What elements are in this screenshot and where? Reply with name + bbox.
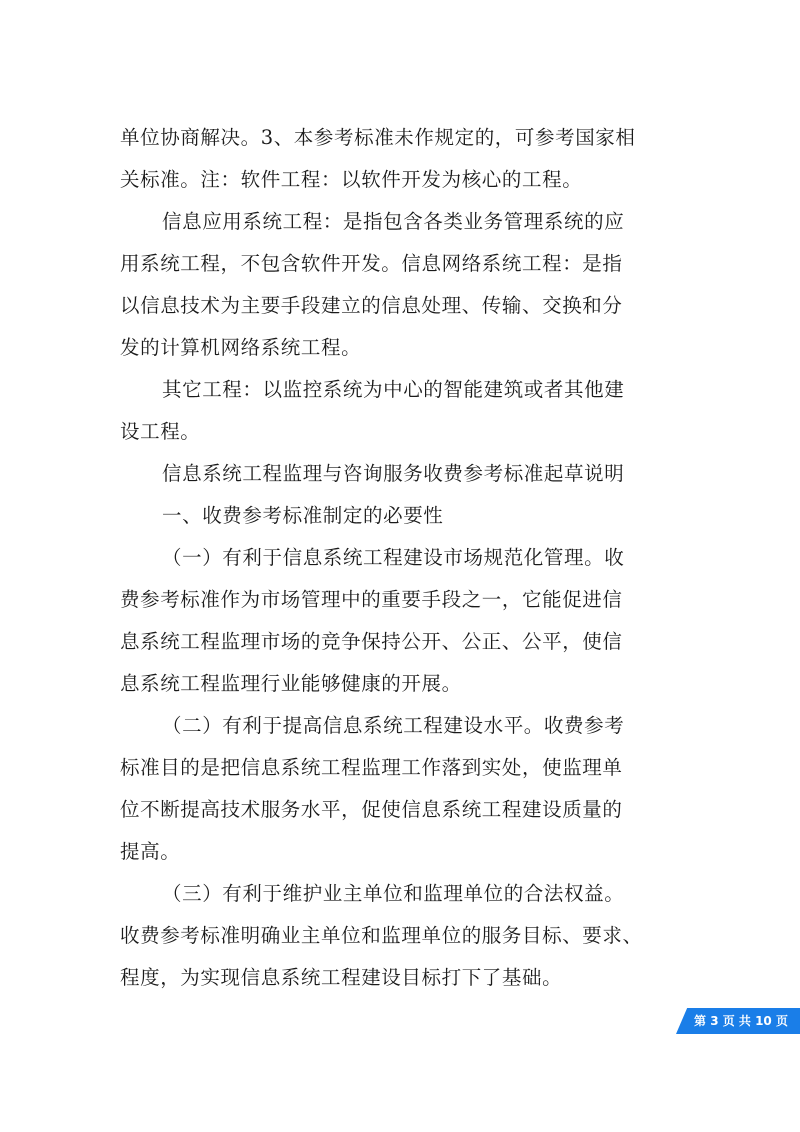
page-number-badge: 第 3 页 共 10 页 [676, 1008, 800, 1034]
text-line: 信息应用系统工程：是指包含各类业务管理系统的应 [120, 201, 682, 243]
text-line: 标准目的是把信息系统工程监理工作落到实处，使监理单 [120, 747, 682, 789]
text-line: 关标准。注：软件工程：以软件开发为核心的工程。 [120, 159, 682, 201]
text-line: 发的计算机网络系统工程。 [120, 327, 682, 369]
section-heading: 一、收费参考标准制定的必要性 [120, 495, 682, 537]
text-line: 息系统工程监理行业能够健康的开展。 [120, 663, 682, 705]
section-title: 信息系统工程监理与咨询服务收费参考标准起草说明 [120, 453, 682, 495]
text-line: 用系统工程，不包含软件开发。信息网络系统工程：是指 [120, 243, 682, 285]
document-page: 单位协商解决。3、本参考标准未作规定的，可参考国家相 关标准。注：软件工程：以软… [0, 0, 800, 1132]
document-body: 单位协商解决。3、本参考标准未作规定的，可参考国家相 关标准。注：软件工程：以软… [120, 117, 682, 999]
text-line: 设工程。 [120, 411, 682, 453]
text-line: 息系统工程监理市场的竞争保持公开、公正、公平，使信 [120, 621, 682, 663]
text-line: 以信息技术为主要手段建立的信息处理、传输、交换和分 [120, 285, 682, 327]
text-line: 单位协商解决。3、本参考标准未作规定的，可参考国家相 [120, 117, 682, 159]
text-line: 提高。 [120, 831, 682, 873]
text-line: （三）有利于维护业主单位和监理单位的合法权益。 [120, 873, 682, 915]
text-line: （二）有利于提高信息系统工程建设水平。收费参考 [120, 705, 682, 747]
text-line: 程度，为实现信息系统工程建设目标打下了基础。 [120, 957, 682, 999]
text-line: 费参考标准作为市场管理中的重要手段之一，它能促进信 [120, 579, 682, 621]
text-line: 位不断提高技术服务水平，促使信息系统工程建设质量的 [120, 789, 682, 831]
text-line: （一）有利于信息系统工程建设市场规范化管理。收 [120, 537, 682, 579]
text-line: 收费参考标准明确业主单位和监理单位的服务目标、要求、 [120, 915, 682, 957]
text-line: 其它工程：以监控系统为中心的智能建筑或者其他建 [120, 369, 682, 411]
